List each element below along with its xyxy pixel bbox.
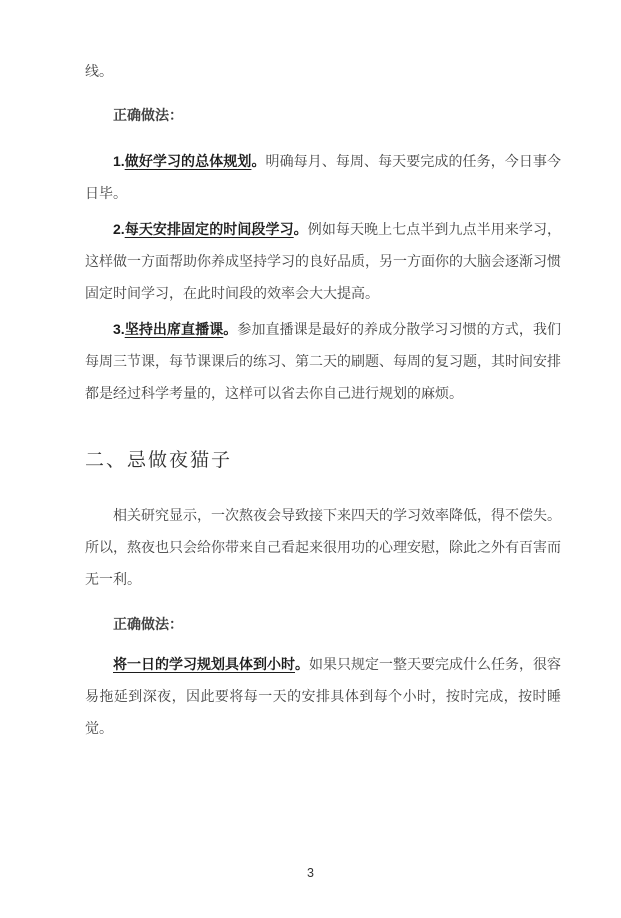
item-1-lead: 做好学习的总体规划 <box>125 153 252 169</box>
item-3-lead: 坚持出席直播课 <box>125 321 224 337</box>
numbered-item-2: 2.每天安排固定的时间段学习。例如每天晚上七点半到九点半用来学习，这样做一方面帮… <box>85 213 561 309</box>
numbered-item-3: 3.坚持出席直播课。参加直播课是最好的养成分散学习习惯的方式，我们每周三节课，每… <box>85 313 561 409</box>
item-2-number: 2. <box>113 221 125 237</box>
item-3-number: 3. <box>113 321 125 337</box>
item-1-punct: 。 <box>251 153 265 169</box>
page-number: 3 <box>0 866 621 880</box>
advice-lead: 将一日的学习规划具体到小时 <box>113 656 295 672</box>
correct-method-label-1: 正确做法： <box>85 99 561 131</box>
section2-intro: 相关研究显示，一次熬夜会导致接下来四天的学习效率降低，得不偿失。所以，熬夜也只会… <box>85 499 561 595</box>
numbered-item-1: 1.做好学习的总体规划。明确每月、每周、每天要完成的任务，今日事今日毕。 <box>85 145 561 209</box>
continuation-text: 线。 <box>85 55 561 87</box>
document-content: 线。 正确做法： 1.做好学习的总体规划。明确每月、每周、每天要完成的任务，今日… <box>0 0 621 744</box>
correct-method-label-2: 正确做法： <box>85 608 561 640</box>
section-heading: 二、忌做夜猫子 <box>85 445 561 477</box>
item-2-lead: 每天安排固定的时间段学习 <box>125 221 294 237</box>
advice-punct: 。 <box>295 656 309 672</box>
item-1-number: 1. <box>113 153 125 169</box>
advice-item: 将一日的学习规划具体到小时。如果只规定一整天要完成什么任务，很容易拖延到深夜，因… <box>85 648 561 744</box>
item-2-punct: 。 <box>294 221 308 237</box>
document-page: 线。 正确做法： 1.做好学习的总体规划。明确每月、每周、每天要完成的任务，今日… <box>0 0 621 918</box>
item-3-punct: 。 <box>223 321 237 337</box>
